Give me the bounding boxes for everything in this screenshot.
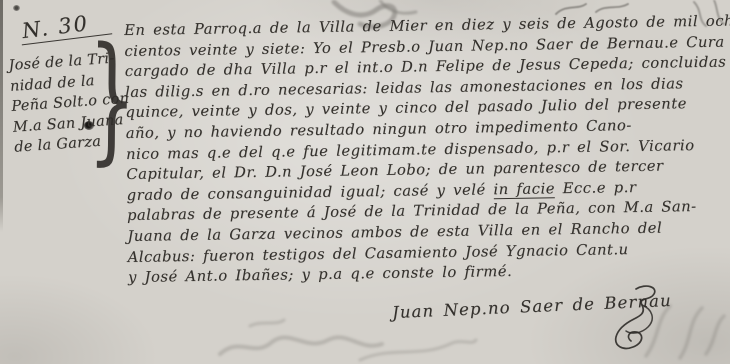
manuscript-page: N. 30 José de la Tri- nidad de la Peña S…	[0, 0, 730, 364]
line-post: Ecc.e p.r	[555, 179, 637, 197]
bleed-strokes-icon	[210, 318, 480, 364]
record-body: En esta Parroq.a de la Villa de Mier en …	[124, 12, 730, 289]
bleedthrough-marks	[210, 318, 480, 364]
scan-edge	[0, 0, 3, 232]
ink-speck	[13, 5, 20, 11]
signature-rubric-icon	[596, 283, 672, 361]
line-pre: grado de consanguinidad igual; casé y ve…	[127, 181, 494, 204]
latin-phrase-underlined: in facie	[493, 180, 555, 199]
